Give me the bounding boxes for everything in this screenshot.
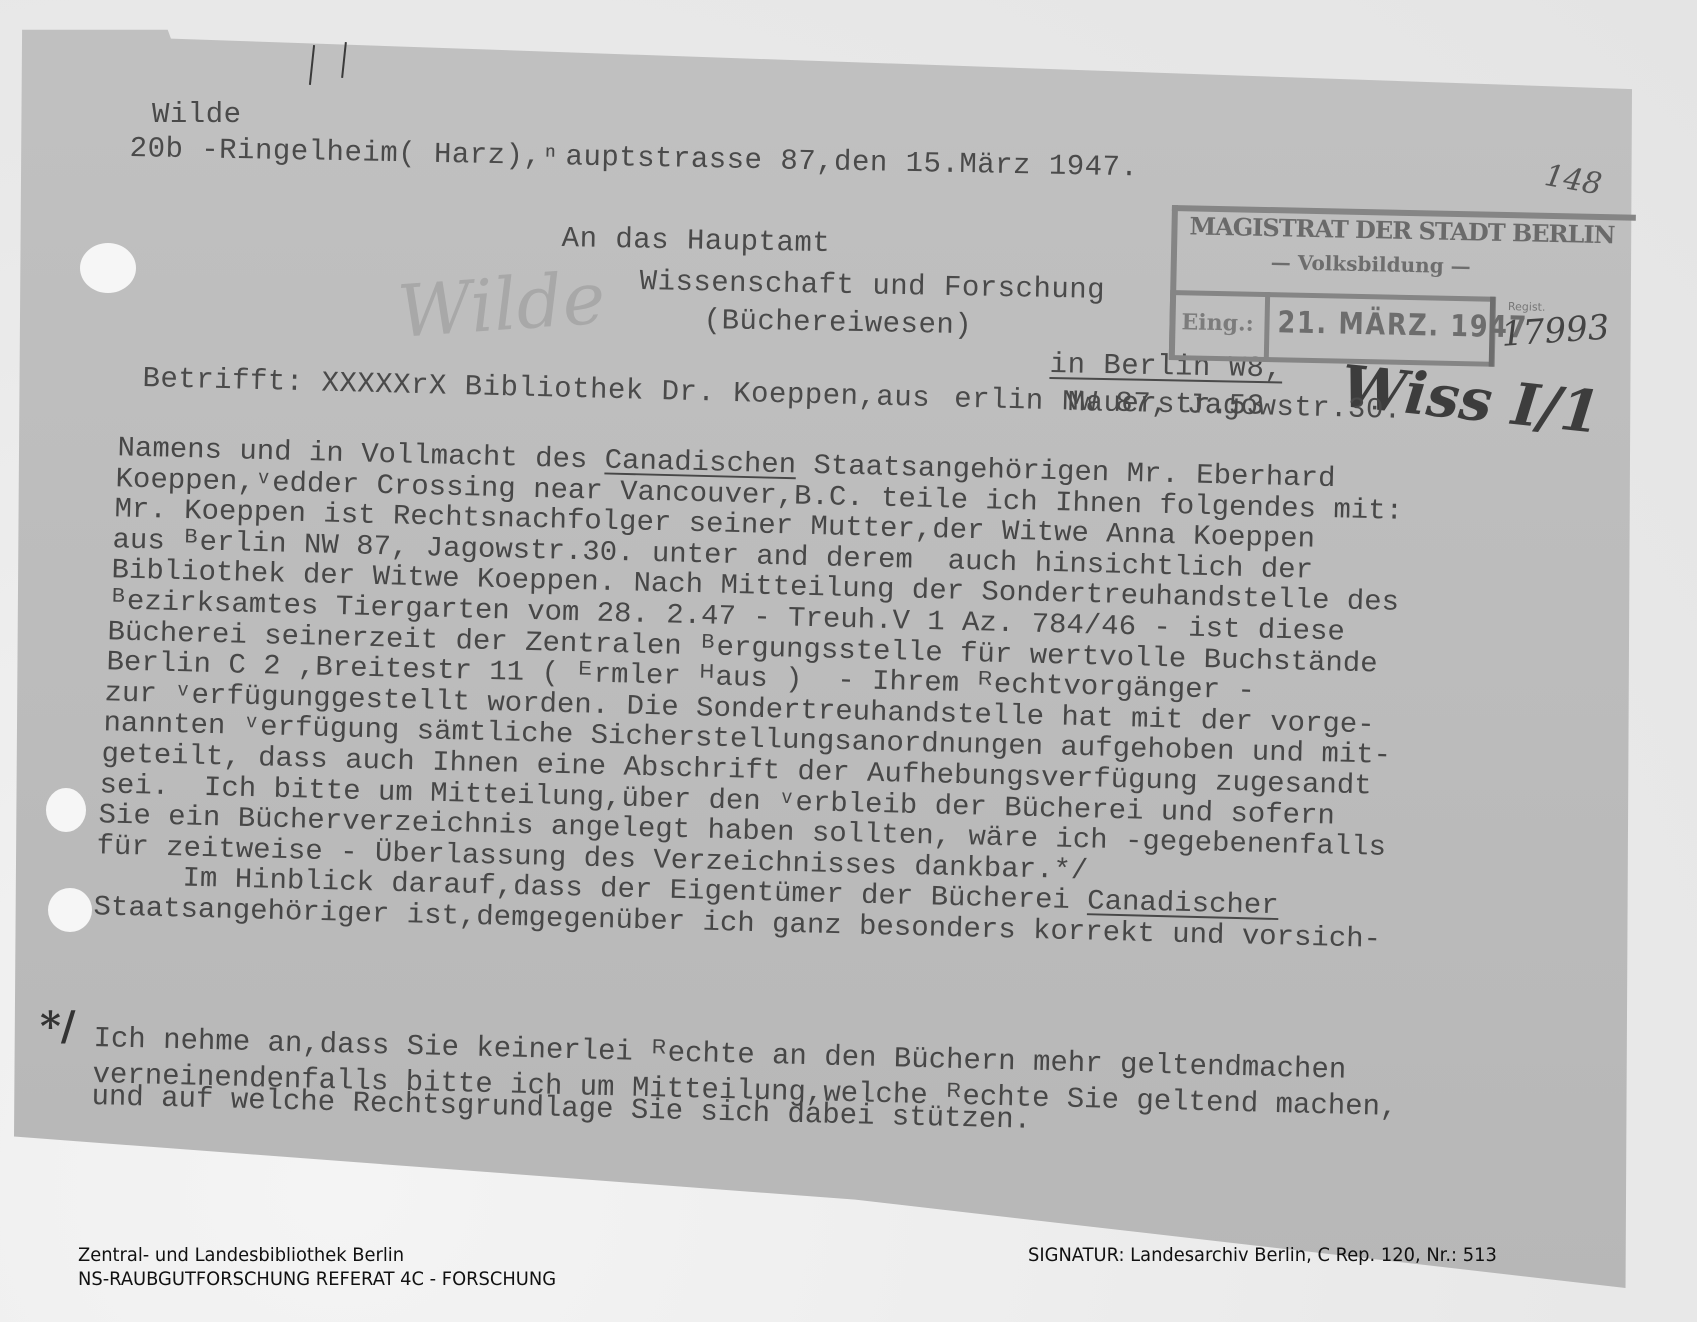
footer-archive-signature: SIGNATUR: Landesarchiv Berlin, C Rep. 12… <box>1028 1244 1497 1266</box>
stamp-received-label: Eing.: <box>1181 309 1254 337</box>
faint-signature: Wilde <box>395 256 608 354</box>
punch-hole-bottom <box>48 888 92 932</box>
sender-name: Wilde <box>152 98 242 131</box>
footer-institution: Zentral- und Landesbibliothek Berlin <box>78 1244 404 1266</box>
punch-hole-top <box>80 243 136 293</box>
stamp-received-date: 21. MÄRZ. 1947 <box>1277 305 1528 345</box>
footnote-marker: */ <box>40 1003 76 1050</box>
stamp-department: — Volksbildung — <box>1271 250 1471 278</box>
footer-department: NS-RAUBGUTFORSCHUNG REFERAT 4C - FORSCHU… <box>78 1268 556 1290</box>
register-number: 17993 <box>1500 307 1611 354</box>
recipient-line1: An das Hauptamt <box>561 222 830 260</box>
recipient-line3: (Büchereiwesen) <box>703 304 972 342</box>
punch-hole-middle <box>46 788 86 832</box>
